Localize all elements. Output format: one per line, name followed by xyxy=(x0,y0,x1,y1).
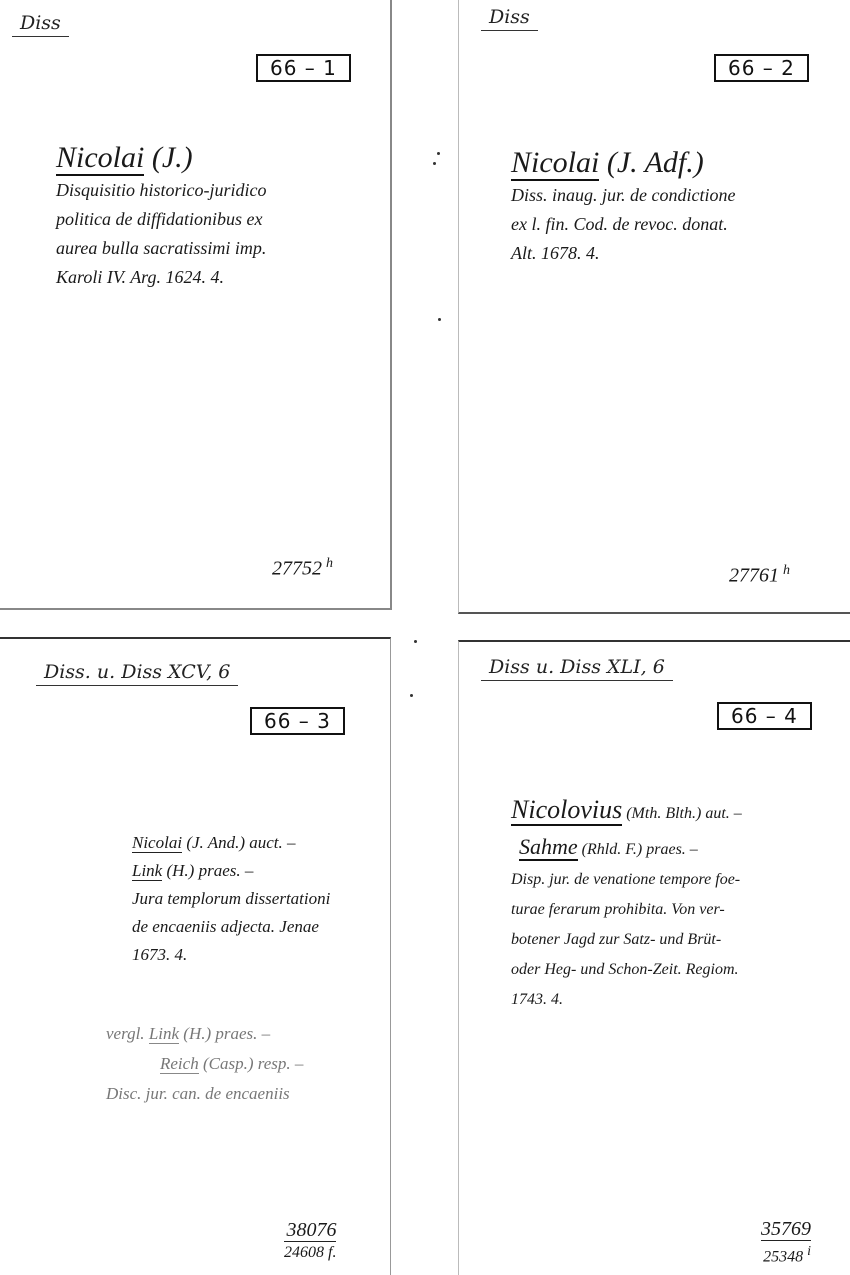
author-name: Nicolai xyxy=(56,141,144,176)
accession-number: 35769 25348i xyxy=(761,1218,811,1268)
scan-speck xyxy=(437,152,440,155)
accession-suffix: h xyxy=(783,563,790,578)
catalog-card-3: Diss. u. Diss XCV, 6 66 – 3 Nicolai (J. … xyxy=(0,637,391,1275)
catalog-entry: Nicolai (J. Adf.) Diss. inaug. jur. de c… xyxy=(511,145,735,268)
author-name: Nicolai xyxy=(511,146,599,181)
scan-speck xyxy=(410,694,413,697)
entry-line: aurea bulla sacratissimi imp. xyxy=(56,234,267,263)
author-initials: (J.) xyxy=(152,141,193,174)
accession-suffix: i xyxy=(807,1244,811,1259)
catalog-entry: Nicolai (J.) Disquisitio historico-jurid… xyxy=(56,140,267,292)
entry-line: turae ferarum prohibita. Von ver- xyxy=(511,895,742,925)
entry-line: Diss. inaug. jur. de condictione xyxy=(511,181,735,210)
accession-value: 38076 xyxy=(284,1219,336,1241)
accession-number: 27761h xyxy=(729,560,790,587)
entry-line: Jura templorum dissertationi xyxy=(132,885,330,913)
note-name-rest: (Casp.) resp. – xyxy=(203,1054,303,1073)
entry-line: Disp. jur. de venatione tempore foe- xyxy=(511,865,742,895)
accession-suffix: h xyxy=(326,556,333,571)
note-name: Link xyxy=(149,1024,179,1044)
note-name-rest: (H.) praes. – xyxy=(183,1024,270,1043)
entry-line: Disquisitio historico-juridico xyxy=(56,176,267,205)
author-name: Nicolai xyxy=(132,833,182,853)
entry-line: 1673. 4. xyxy=(132,941,330,969)
catalog-entry: Nicolovius (Mth. Blth.) aut. – Sahme (Rh… xyxy=(511,792,742,1015)
accession-suffix: f. xyxy=(328,1244,336,1261)
accession-value: 35769 xyxy=(761,1218,811,1240)
author-name: Nicolovius xyxy=(511,795,622,826)
scan-speck xyxy=(433,162,436,165)
catalog-card-2: Diss 66 – 2 Nicolai (J. Adf.) Diss. inau… xyxy=(458,0,850,614)
shelfmark: Diss xyxy=(12,12,69,37)
accession-value: 27761 xyxy=(729,565,779,587)
note-line: Disc. jur. can. de encaeniis xyxy=(106,1079,303,1109)
note-prefix: vergl. xyxy=(106,1024,145,1043)
accession-old: 24608 xyxy=(284,1244,324,1261)
scan-speck xyxy=(414,640,417,643)
author-initials: (J. Adf.) xyxy=(607,146,704,179)
author-rest: (Mth. Blth.) aut. – xyxy=(626,805,742,822)
shelfmark: Diss xyxy=(481,6,538,31)
entry-line: Alt. 1678. 4. xyxy=(511,239,735,268)
catalog-card-4: Diss u. Diss XLI, 6 66 – 4 Nicolovius (M… xyxy=(458,640,850,1275)
entry-line: botener Jagd zur Satz- und Brüt- xyxy=(511,925,742,955)
call-number: 66 – 1 xyxy=(256,54,351,82)
accession-value: 27752 xyxy=(272,558,322,580)
scan-speck xyxy=(438,318,441,321)
entry-line: 1743. 4. xyxy=(511,985,742,1015)
praeses-rest: (Rhld. F.) praes. – xyxy=(582,841,698,858)
accession-number: 38076 24608 f. xyxy=(284,1219,336,1264)
entry-line: Karoli IV. Arg. 1624. 4. xyxy=(56,263,267,292)
cross-reference-note: vergl. Link (H.) praes. – Reich (Casp.) … xyxy=(106,1019,303,1109)
shelfmark: Diss u. Diss XLI, 6 xyxy=(481,656,673,681)
call-number: 66 – 2 xyxy=(714,54,809,82)
praeses-name: Link xyxy=(132,861,162,881)
call-number: 66 – 3 xyxy=(250,707,345,735)
entry-line: de encaeniis adjecta. Jenae xyxy=(132,913,330,941)
call-number: 66 – 4 xyxy=(717,702,812,730)
entry-line: oder Heg- und Schon-Zeit. Regiom. xyxy=(511,955,742,985)
praeses-name: Sahme xyxy=(519,834,578,861)
accession-old: 25348 xyxy=(763,1248,803,1265)
shelfmark: Diss. u. Diss XCV, 6 xyxy=(36,661,238,686)
accession-number: 27752h xyxy=(272,553,333,580)
entry-line: politica de diffidationibus ex xyxy=(56,205,267,234)
praeses-rest: (H.) praes. – xyxy=(166,861,253,880)
note-name: Reich xyxy=(160,1054,199,1074)
entry-line: ex l. fin. Cod. de revoc. donat. xyxy=(511,210,735,239)
author-rest: (J. And.) auct. – xyxy=(186,833,295,852)
catalog-card-1: Diss 66 – 1 Nicolai (J.) Disquisitio his… xyxy=(0,0,392,610)
catalog-entry: Nicolai (J. And.) auct. – Link (H.) prae… xyxy=(132,829,330,969)
